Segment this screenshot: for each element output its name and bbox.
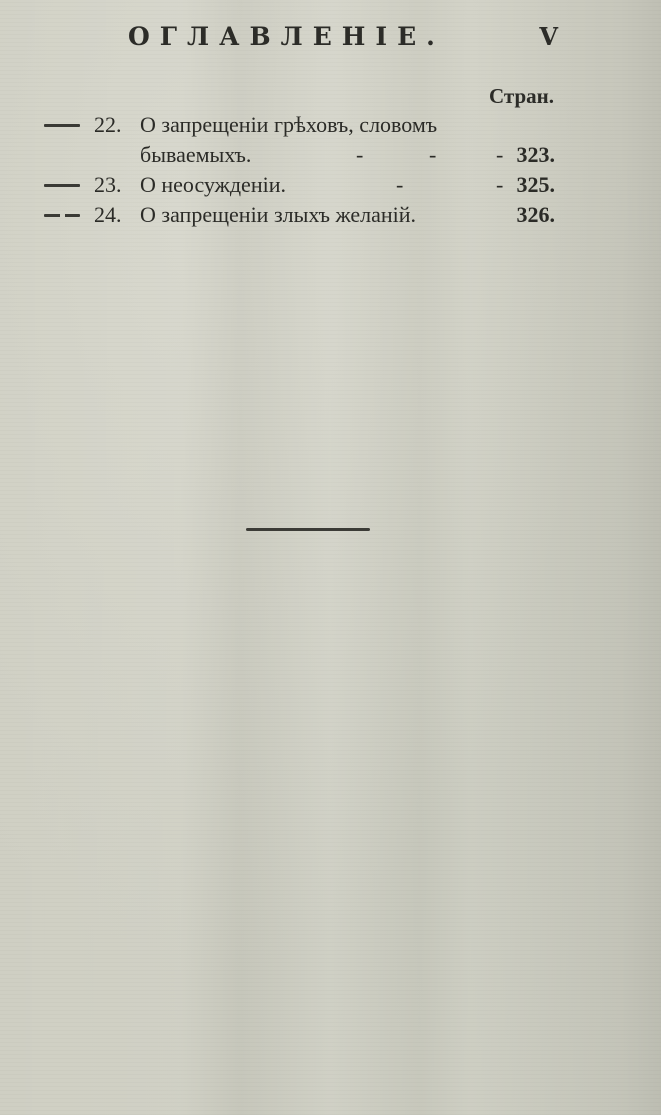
entry-page: 326. <box>517 200 556 230</box>
entry-number: 23. <box>94 170 122 200</box>
dot-leader: - <box>496 170 503 200</box>
entry-number: 24. <box>94 200 122 230</box>
toc-entry: 23. О неосужденіи. - - 325. <box>44 170 555 200</box>
dot-leader: - <box>496 140 503 170</box>
em-dash-mark <box>44 214 80 217</box>
page-column-label: Стран. <box>489 84 554 109</box>
em-dash-mark <box>44 184 80 187</box>
entry-title: О запрещеніи грѣховъ, словомъ <box>140 110 437 140</box>
table-of-contents: 22. О запрещеніи грѣховъ, словомъ бываем… <box>44 110 555 230</box>
running-header: ОГЛАВЛЕНІЕ. V <box>128 22 558 62</box>
page-title: ОГЛАВЛЕНІЕ. <box>128 22 445 51</box>
page-number: V <box>539 22 558 51</box>
dot-leader: - <box>356 140 363 170</box>
entry-title-continued: бываемыхъ. <box>140 140 251 170</box>
entry-title: О неосужденіи. <box>140 170 286 200</box>
entry-number: 22. <box>94 110 122 140</box>
dot-leader: - <box>396 170 403 200</box>
section-end-rule <box>246 528 370 531</box>
toc-entry: 24. О запрещеніи злыхъ желаній. 326. <box>44 200 555 230</box>
entry-page: 325. <box>517 170 556 200</box>
em-dash-mark <box>44 124 80 127</box>
toc-entry-continuation: бываемыхъ. - - - 323. <box>44 140 555 170</box>
entry-page: 323. <box>517 140 556 170</box>
entry-title: О запрещеніи злыхъ желаній. <box>140 200 416 230</box>
book-page: ОГЛАВЛЕНІЕ. V Стран. 22. О запрещеніи гр… <box>0 0 661 1115</box>
toc-entry: 22. О запрещеніи грѣховъ, словомъ <box>44 110 555 140</box>
dot-leader: - <box>429 140 436 170</box>
